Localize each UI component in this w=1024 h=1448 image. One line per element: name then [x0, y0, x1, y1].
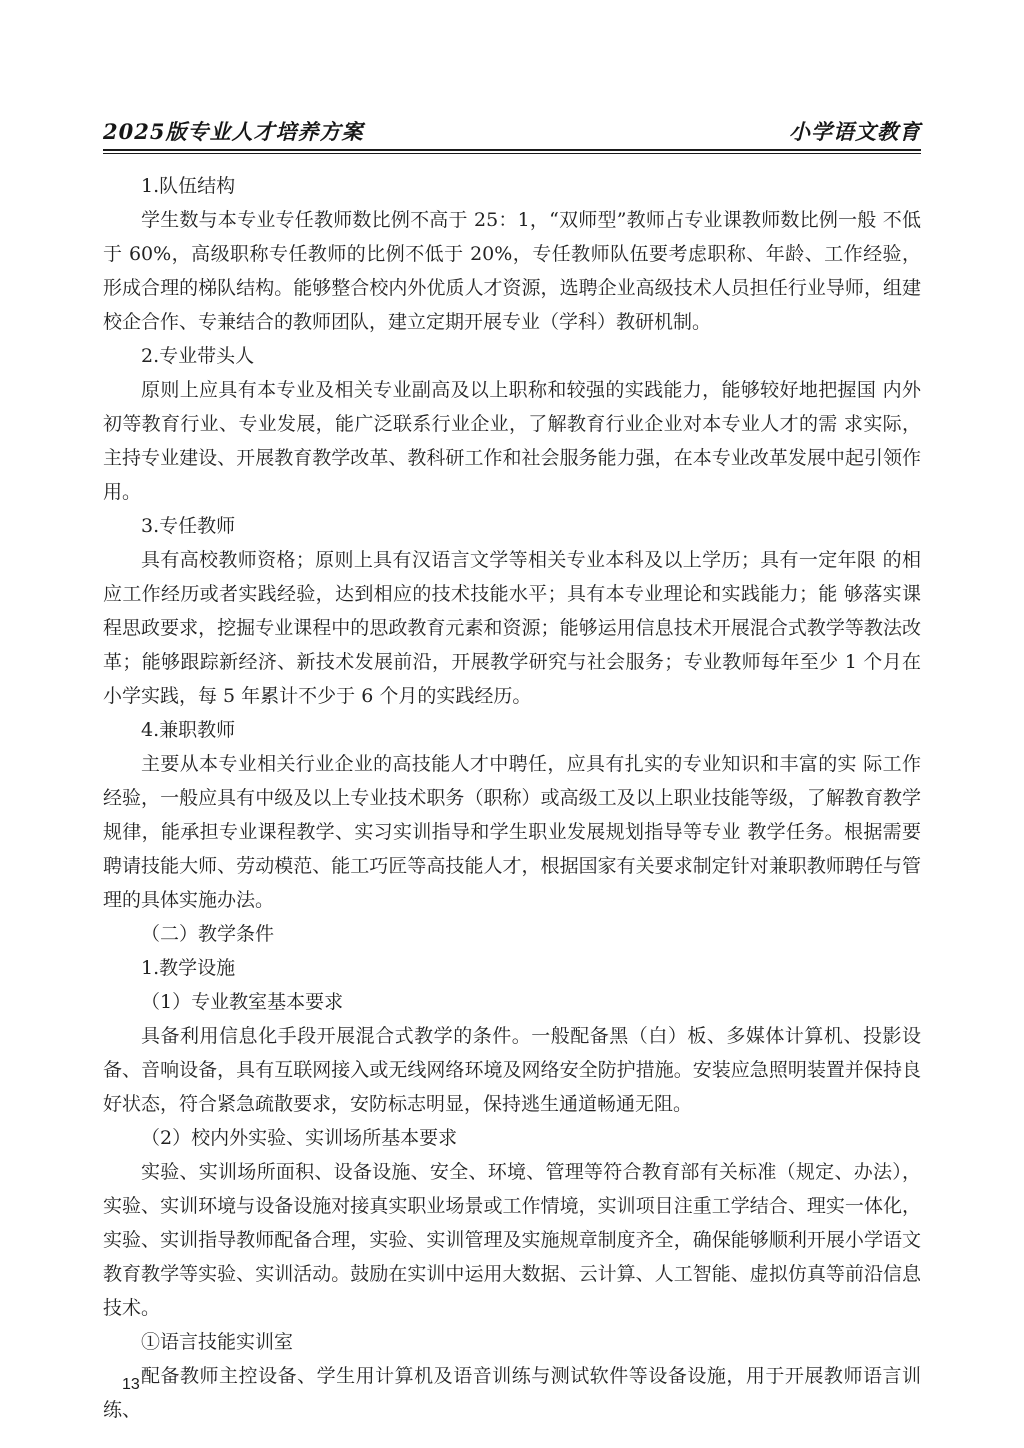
document-page: 2025版专业人才培养方案 小学语文教育 1.队伍结构 学生数与本专业专任教师数… [0, 0, 1024, 1448]
section-heading: （二）教学条件 [103, 917, 921, 951]
page-number: 13 [122, 1376, 140, 1394]
document-body: 1.队伍结构 学生数与本专业专任教师数比例不高于 25：1，“双师型”教师占专业… [103, 169, 921, 1427]
body-paragraph: 配备教师主控设备、学生用计算机及语音训练与测试软件等设备设施，用于开展教师语言训… [103, 1359, 921, 1427]
section-heading: 4.兼职教师 [103, 713, 921, 747]
header-rule [103, 149, 921, 154]
section-heading: 3.专任教师 [103, 509, 921, 543]
body-paragraph: 原则上应具有本专业及相关专业副高及以上职称和较强的实践能力，能够较好地把握国 内… [103, 373, 921, 509]
body-paragraph: 具有高校教师资格；原则上具有汉语言文学等相关专业本科及以上学历；具有一定年限 的… [103, 543, 921, 713]
header-left-title: 2025版专业人才培养方案 [103, 116, 363, 146]
section-heading: 1.教学设施 [103, 951, 921, 985]
body-paragraph: 主要从本专业相关行业企业的高技能人才中聘任，应具有扎实的专业知识和丰富的实 际工… [103, 747, 921, 917]
body-paragraph: 学生数与本专业专任教师数比例不高于 25：1，“双师型”教师占专业课教师数比例一… [103, 203, 921, 339]
section-heading: ①语言技能实训室 [103, 1325, 921, 1359]
header-right-title: 小学语文教育 [789, 116, 921, 146]
body-paragraph: 实验、实训场所面积、设备设施、安全、环境、管理等符合教育部有关标准（规定、办法）… [103, 1155, 921, 1325]
section-heading: 1.队伍结构 [103, 169, 921, 203]
page-header: 2025版专业人才培养方案 小学语文教育 [103, 116, 921, 146]
section-heading: （2）校内外实验、实训场所基本要求 [103, 1121, 921, 1155]
section-heading: （1）专业教室基本要求 [103, 985, 921, 1019]
body-paragraph: 具备利用信息化手段开展混合式教学的条件。一般配备黑（白）板、多媒体计算机、投影设… [103, 1019, 921, 1121]
section-heading: 2.专业带头人 [103, 339, 921, 373]
